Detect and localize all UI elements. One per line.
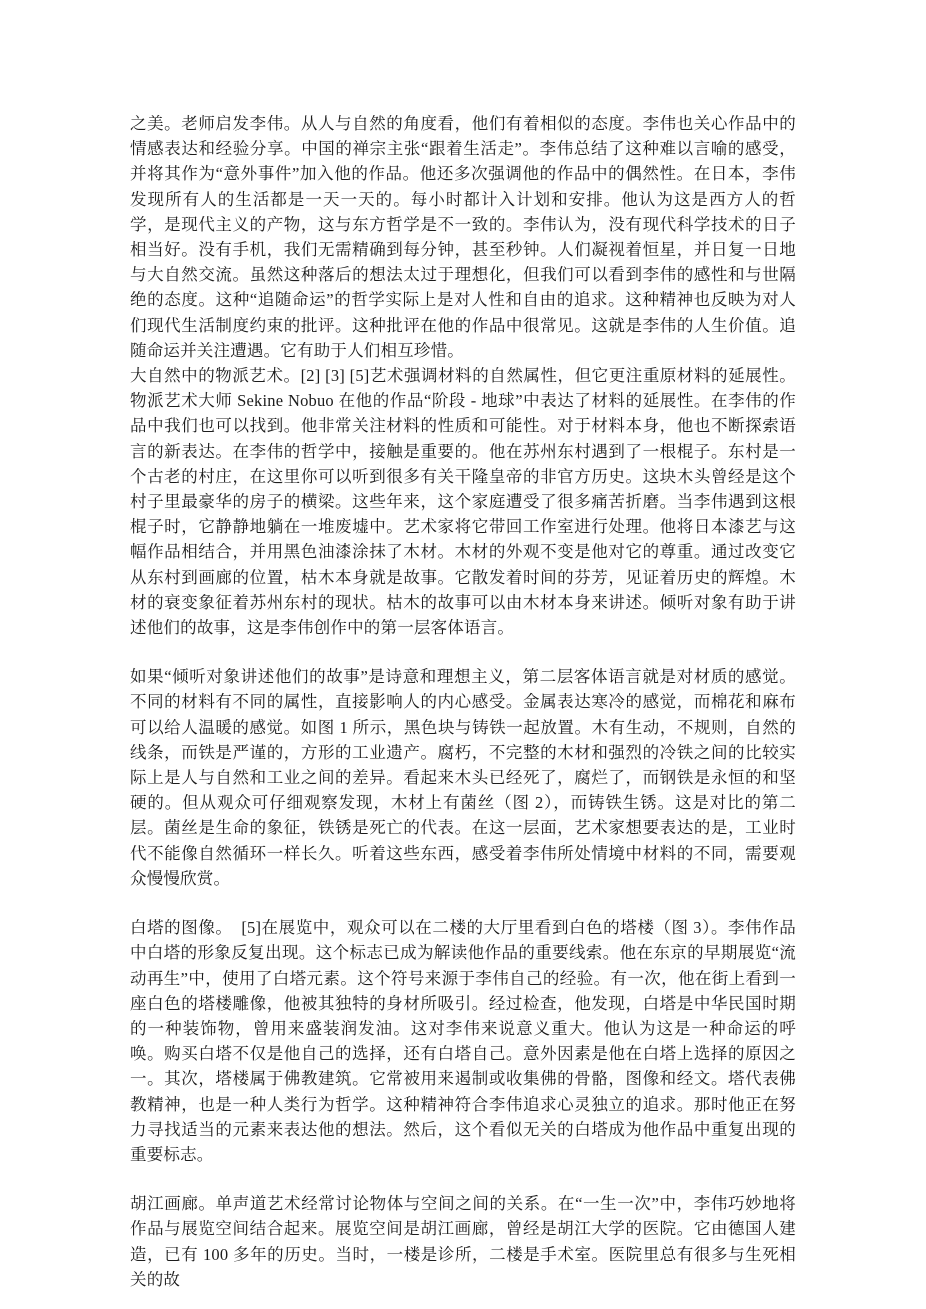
paragraph-mono-ha-art: 大自然中的物派艺术。[2] [3] [5]艺术强调材料的自然属性，但它更注重原材… [130, 363, 796, 640]
paragraph-hujiang-gallery: 胡江画廊。单声道艺术经常讨论物体与空间之间的关系。在“一生一次”中，李伟巧妙地将… [130, 1191, 796, 1292]
document-page: 之美。老师启发李伟。从人与自然的角度看，他们有着相似的态度。李伟也关心作品中的情… [0, 0, 926, 1309]
paragraph-white-pagoda: 白塔的图像。 [5]在展览中，观众可以在二楼的大厅里看到白色的塔楼（图 3）。李… [130, 915, 796, 1167]
text-column: 之美。老师启发李伟。从人与自然的角度看，他们有着相似的态度。李伟也关心作品中的情… [130, 111, 796, 1292]
paragraph-continuation: 之美。老师启发李伟。从人与自然的角度看，他们有着相似的态度。李伟也关心作品中的情… [130, 111, 796, 363]
paragraph-material-feeling: 如果“倾听对象讲述他们的故事”是诗意和理想主义，第二层客体语言就是对材质的感觉。… [130, 664, 796, 891]
